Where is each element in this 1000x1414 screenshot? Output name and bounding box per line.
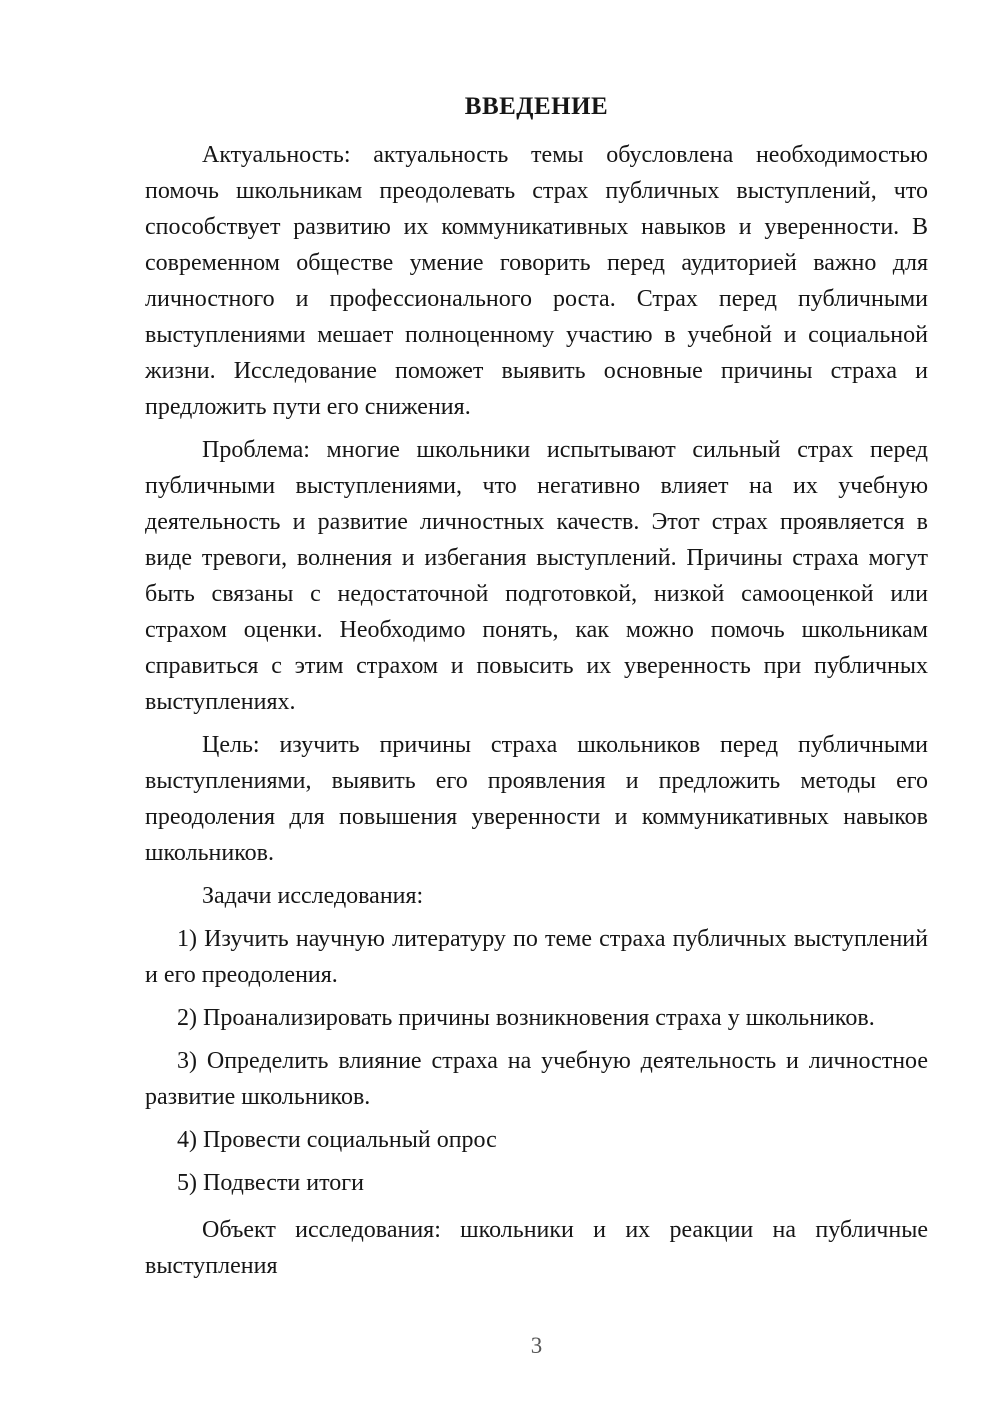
paragraph-tsel: Цель: изучить причины страха школьников …: [145, 727, 928, 871]
task-item-2: 2) Проанализировать причины возникновени…: [145, 1000, 928, 1036]
page-content: ВВЕДЕНИЕ Актуальность: актуальность темы…: [145, 89, 928, 1291]
task-item-5: 5) Подвести итоги: [145, 1165, 928, 1201]
paragraph-problema: Проблема: многие школьники испытывают си…: [145, 432, 928, 720]
task-item-3: 3) Определить влияние страха на учебную …: [145, 1043, 928, 1115]
paragraph-aktualnost: Актуальность: актуальность темы обусловл…: [145, 137, 928, 425]
page-number: 3: [145, 1332, 928, 1360]
document-page: ВВЕДЕНИЕ Актуальность: актуальность темы…: [0, 0, 1000, 1414]
task-item-4: 4) Провести социальный опрос: [145, 1122, 928, 1158]
task-item-1: 1) Изучить научную литературу по теме ст…: [145, 921, 928, 993]
section-heading: ВВЕДЕНИЕ: [145, 89, 928, 125]
tasks-heading: Задачи исследования:: [145, 878, 928, 914]
paragraph-obekt: Объект исследования: школьники и их реак…: [145, 1212, 928, 1284]
